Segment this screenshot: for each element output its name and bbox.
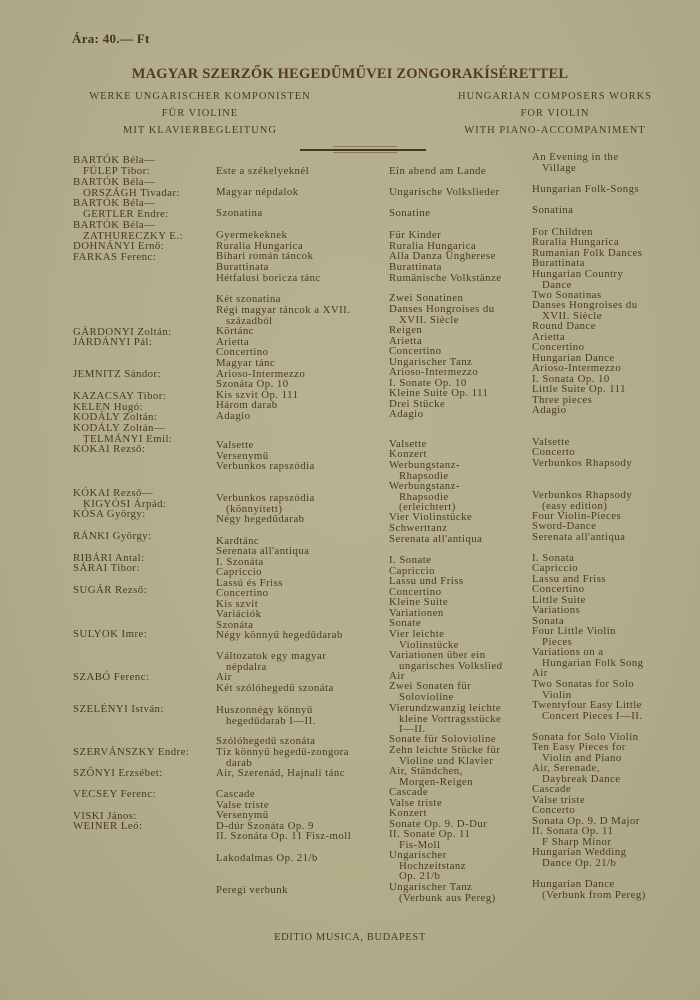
list-item: UngarischerHochzeitstanzOp. 21/b <box>389 850 466 882</box>
list-item: Régi magyar táncok a XVII.századból <box>216 305 350 326</box>
list-item: Zehn leichte Stücke fürVioline und Klavi… <box>389 745 500 766</box>
entry-continuation-line: hegedűdarab I—II. <box>216 716 316 727</box>
entry-continuation-line: Hungarian Folk Song <box>532 658 644 669</box>
list-item: Ungarischer Tanz(Verbunk aus Pereg) <box>389 882 496 903</box>
list-item: SULYOK Imre: <box>73 629 147 640</box>
list-item: BARTÓK Béla—ZATHURECZKY E.: <box>73 220 183 241</box>
subtitle-english-line: WITH PIANO-ACCOMPANIMENT <box>420 122 690 139</box>
entry-line: Lakodalmas Op. 21/b <box>216 853 318 864</box>
entry-line: Rumänische Volkstänze <box>389 273 502 284</box>
entry-line: RÁNKI György: <box>73 531 152 542</box>
entry-line: SZABÓ Ferenc: <box>73 672 149 683</box>
entry-line: Magyar népdalok <box>216 187 299 198</box>
list-item: JÁRDÁNYI Pál: <box>73 337 152 348</box>
list-item: SZABÓ Ferenc: <box>73 672 149 683</box>
entry-line: SÁRAI Tibor: <box>73 563 140 574</box>
list-item: Lakodalmas Op. 21/b <box>216 853 318 864</box>
entry-line: JEMNITZ Sándor: <box>73 369 161 380</box>
list-item: Verbunkos rapszódia(könnyített) <box>216 493 315 514</box>
list-item: Two Sonatas for SoloViolin <box>532 679 634 700</box>
list-item: BARTÓK Béla—FÜLEP Tibor: <box>73 155 155 176</box>
publisher-footer: EDITIO MUSICA, BUDAPEST <box>0 932 700 943</box>
entry-line: Verbunkos Rhapsody <box>532 458 632 469</box>
list-item: Változatok egy magyarnépdalra <box>216 651 326 672</box>
subtitle-german-line: MIT KLAVIERBEGLEITUNG <box>70 122 330 139</box>
subtitle-english-line: FOR VIOLIN <box>420 105 690 122</box>
list-item: SZELÉNYI István: <box>73 704 164 715</box>
list-item: SUGÁR Rezső: <box>73 585 147 596</box>
entry-line: FARKAS Ferenc: <box>73 252 156 263</box>
list-item: Ten Easy Pieces forViolin and Piano <box>532 742 626 763</box>
subtitle-english-line: HUNGARIAN COMPOSERS WORKS <box>420 88 690 105</box>
list-item: KÓSA György: <box>73 509 146 520</box>
list-item: Adagio <box>216 411 250 422</box>
list-item: Peregi verbunk <box>216 885 288 896</box>
list-item: Ungarische Volkslieder <box>389 187 500 198</box>
entry-line: Adagio <box>216 411 250 422</box>
decorative-rule-upper <box>333 146 397 147</box>
list-item: Verbunkos Rhapsody(easy edition) <box>532 490 632 511</box>
list-item: FARKAS Ferenc: <box>73 252 156 263</box>
list-item: JEMNITZ Sándor: <box>73 369 161 380</box>
entry-line: Sonatine <box>389 208 430 219</box>
list-item: BARTÓK Béla—ORSZÁGH Tivadar: <box>73 177 180 198</box>
list-item: Air, Szerenád, Hajnali tánc <box>216 768 345 779</box>
entry-line: SULYOK Imre: <box>73 629 147 640</box>
list-item: Két szólóhegedű szonáta <box>216 683 334 694</box>
entry-line: SUGÁR Rezső: <box>73 585 147 596</box>
list-item: Air, Ständchen,Morgen-Reigen <box>389 766 473 787</box>
list-item: Werbungstanz-Rhapsodie <box>389 460 460 481</box>
list-item: Sonatina <box>532 205 573 216</box>
list-item: Szonatina <box>216 208 263 219</box>
list-item: Hétfalusi boricza tánc <box>216 273 321 284</box>
list-item: Négy hegedűdarab <box>216 514 304 525</box>
list-item: Négy könnyű hegedűdarab <box>216 630 343 641</box>
subtitle-german-line: WERKE UNGARISCHER KOMPONISTEN <box>70 88 330 105</box>
entry-line: Serenata all'antiqua <box>389 534 482 545</box>
entry-line: Két szólóhegedű szonáta <box>216 683 334 694</box>
entry-continuation-line: GERTLER Endre: <box>73 209 169 220</box>
entry-continuation-line: FÜLEP Tibor: <box>73 166 155 177</box>
list-item: Verbunkos rapszódia <box>216 461 315 472</box>
list-item: Serenata all'antiqua <box>389 534 482 545</box>
list-item: SÁRAI Tibor: <box>73 563 140 574</box>
list-item: Magyar népdalok <box>216 187 299 198</box>
list-item: Vierundzwanzig leichtekleine Vortragsstü… <box>389 703 501 735</box>
entry-continuation-line: (Verbunk from Pereg) <box>532 890 646 901</box>
list-item: Air, Serenade,Daybreak Dance <box>532 763 621 784</box>
list-item: Serenata all'antiqua <box>532 532 625 543</box>
entry-continuation-line: Solovioline <box>389 692 471 703</box>
entry-line: Verbunkos rapszódia <box>216 461 315 472</box>
list-item: II. Sonate Op. 11Fis-Moll <box>389 829 470 850</box>
list-item: Four Little ViolinPieces <box>532 626 616 647</box>
list-item: Hungarian Folk-Songs <box>532 184 639 195</box>
list-item: Twentyfour Easy LittleConcert Pieces I—I… <box>532 700 642 721</box>
list-item: BARTÓK Béla—GERTLER Endre: <box>73 198 169 219</box>
entry-continuation-line: (Verbunk aus Pereg) <box>389 893 496 904</box>
list-item: Adagio <box>389 409 423 420</box>
list-item: WEINER Leó: <box>73 821 142 832</box>
list-item: Adagio <box>532 405 566 416</box>
price-label: Ára: 40.— Ft <box>72 31 150 47</box>
list-item: Danses Hongroises duXVII. Siècle <box>389 304 495 325</box>
list-item: Werbungstanz-Rhapsodie(erleichtert) <box>389 481 460 513</box>
list-item: Huszonnégy könnyűhegedűdarab I—II. <box>216 705 316 726</box>
entry-line: Négy hegedűdarab <box>216 514 304 525</box>
entry-line: SZELÉNYI István: <box>73 704 164 715</box>
subtitle-german: WERKE UNGARISCHER KOMPONISTEN FÜR VIOLIN… <box>70 88 330 139</box>
entry-continuation-line: Dance Op. 21/b <box>532 858 626 869</box>
entry-line: VECSEY Ferenc: <box>73 789 156 800</box>
list-item: Zwei Sonaten fürSolovioline <box>389 681 471 702</box>
entry-line: SZERVÁNSZKY Endre: <box>73 747 189 758</box>
list-item: Variationen über einungarisches Volkslie… <box>389 650 503 671</box>
list-item: Danses Hongroises duXVII. Siècle <box>532 300 638 321</box>
list-item: SZERVÁNSZKY Endre: <box>73 747 189 758</box>
list-item: VECSEY Ferenc: <box>73 789 156 800</box>
entry-line: Ungarische Volkslieder <box>389 187 500 198</box>
list-item: Ein abend am Lande <box>389 166 486 177</box>
list-item: Tíz könnyű hegedű-zongoradarab <box>216 747 349 768</box>
entry-line: Szonatina <box>216 208 263 219</box>
list-item: An Evening in theVillage <box>532 152 619 173</box>
entry-line: Serenata all'antiqua <box>532 532 625 543</box>
entry-line: Este a székelyeknél <box>216 166 309 177</box>
entry-line: Hungarian Folk-Songs <box>532 184 639 195</box>
list-item: KÓKAI Rezső—KIGYÓSI Árpád: <box>73 488 166 509</box>
list-item: Sonatine <box>389 208 430 219</box>
entry-line: Hétfalusi boricza tánc <box>216 273 321 284</box>
entry-line: Ein abend am Lande <box>389 166 486 177</box>
list-item: Hungarian WeddingDance Op. 21/b <box>532 847 626 868</box>
entry-line: Air, Szerenád, Hajnali tánc <box>216 768 345 779</box>
list-item: Verbunkos Rhapsody <box>532 458 632 469</box>
list-item: KÓKAI Rezső: <box>73 444 145 455</box>
list-item: KODÁLY Zoltán—TELMÁNYI Emil: <box>73 423 172 444</box>
entry-line: Adagio <box>389 409 423 420</box>
entry-continuation-line: Village <box>532 163 619 174</box>
list-item: Hungarian CountryDance <box>532 269 623 290</box>
decorative-rule-lower <box>333 152 397 153</box>
entry-line: KÓSA György: <box>73 509 146 520</box>
entry-line: WEINER Leó: <box>73 821 142 832</box>
entry-line: JÁRDÁNYI Pál: <box>73 337 152 348</box>
page-title: MAGYAR SZERZŐK HEGEDŰMŰVEI ZONGORAKÍSÉRE… <box>0 66 700 83</box>
list-item: Hungarian Dance(Verbunk from Pereg) <box>532 879 646 900</box>
entry-continuation-line: ungarisches Volkslied <box>389 661 503 672</box>
list-item: Variations on aHungarian Folk Song <box>532 647 644 668</box>
entry-continuation-line: népdalra <box>216 662 326 673</box>
subtitle-english: HUNGARIAN COMPOSERS WORKS FOR VIOLIN WIT… <box>420 88 690 139</box>
catalog-page: Ára: 40.— Ft MAGYAR SZERZŐK HEGEDŰMŰVEI … <box>0 0 700 1000</box>
list-item: SZŐNYI Erzsébet: <box>73 768 163 779</box>
entry-line: II. Szonáta Op. 11 Fisz-moll <box>216 831 351 842</box>
subtitle-german-line: FÜR VIOLINE <box>70 105 330 122</box>
list-item: Rumänische Volkstänze <box>389 273 502 284</box>
entry-continuation-line: Concert Pieces I—II. <box>532 711 642 722</box>
entry-line: SZŐNYI Erzsébet: <box>73 768 163 779</box>
entry-line: KÓKAI Rezső: <box>73 444 145 455</box>
list-item: II. Sonata Op. 11F Sharp Minor <box>532 826 613 847</box>
list-item: Este a székelyeknél <box>216 166 309 177</box>
entry-line: Peregi verbunk <box>216 885 288 896</box>
entry-line: Adagio <box>532 405 566 416</box>
entry-line: Négy könnyű hegedűdarab <box>216 630 343 641</box>
entry-line: Sonatina <box>532 205 573 216</box>
list-item: II. Szonáta Op. 11 Fisz-moll <box>216 831 351 842</box>
decorative-rule <box>300 149 426 151</box>
list-item: RÁNKI György: <box>73 531 152 542</box>
list-item: Vier leichteViolinstücke <box>389 629 459 650</box>
